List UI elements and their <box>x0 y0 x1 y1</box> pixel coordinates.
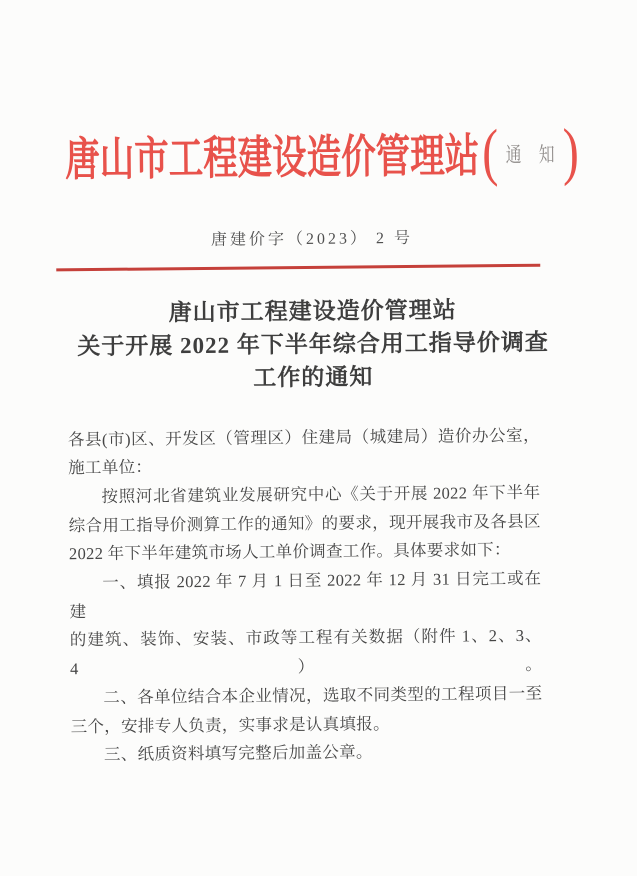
body-line: 的建筑、装饰、安装、市政等工程有关数据（附件 1、2、3、4）。 <box>70 622 543 684</box>
body-line: 三、纸质资料填写完整后加盖公章。 <box>71 737 543 770</box>
notice-label: 通 知 <box>506 139 562 170</box>
title-line-2: 关于开展 2022 年下半年综合用工指导价调查 <box>77 325 549 363</box>
red-divider-rule <box>56 264 540 271</box>
title-line-1: 唐山市工程建设造价管理站 <box>77 292 549 330</box>
body-line: 三个，安排专人负责，实事求是认真填报。 <box>71 708 543 741</box>
body-line: 二、各单位结合本企业情况，选取不同类型的工程项目一至 <box>70 680 542 713</box>
notice-title: 唐山市工程建设造价管理站 关于开展 2022 年下半年综合用工指导价调查 工作的… <box>77 292 550 396</box>
body-line: 各县(市)区、开发区（管理区）住建局（城建局）造价办公室， <box>68 421 540 454</box>
letterhead-org-name: 唐山市工程建设造价管理站 <box>65 133 479 183</box>
doc-number: 唐建价字（2023） 2 号 <box>76 227 548 254</box>
body-line: 一、填报 2022 年 7 月 1 日至 2022 年 12 月 31 日完工或… <box>69 565 542 627</box>
body-line: 2022 年下半年建筑市场人工单价调查工作。具体要求如下： <box>69 536 541 569</box>
scan-content: 唐山市工程建设造价管理站 ( 通 知 ) 唐建价字（2023） 2 号 唐山市工… <box>65 127 543 770</box>
paren-close: ) <box>563 123 580 181</box>
body-line: 按照河北省建筑业发展研究中心《关于开展 2022 年下半年 <box>68 479 540 512</box>
letterhead: 唐山市工程建设造价管理站 ( 通 知 ) <box>65 128 420 189</box>
paren-open: ( <box>482 123 499 181</box>
document-page: 唐山市工程建设造价管理站 ( 通 知 ) 唐建价字（2023） 2 号 唐山市工… <box>0 0 637 876</box>
body-line: 综合用工指导价测算工作的通知》的要求，现开展我市及各县区 <box>69 507 541 540</box>
title-line-3: 工作的通知 <box>77 358 549 396</box>
body-line: 施工单位： <box>68 450 540 483</box>
notice-body: 各县(市)区、开发区（管理区）住建局（城建局）造价办公室，施工单位：按照河北省建… <box>68 421 543 770</box>
